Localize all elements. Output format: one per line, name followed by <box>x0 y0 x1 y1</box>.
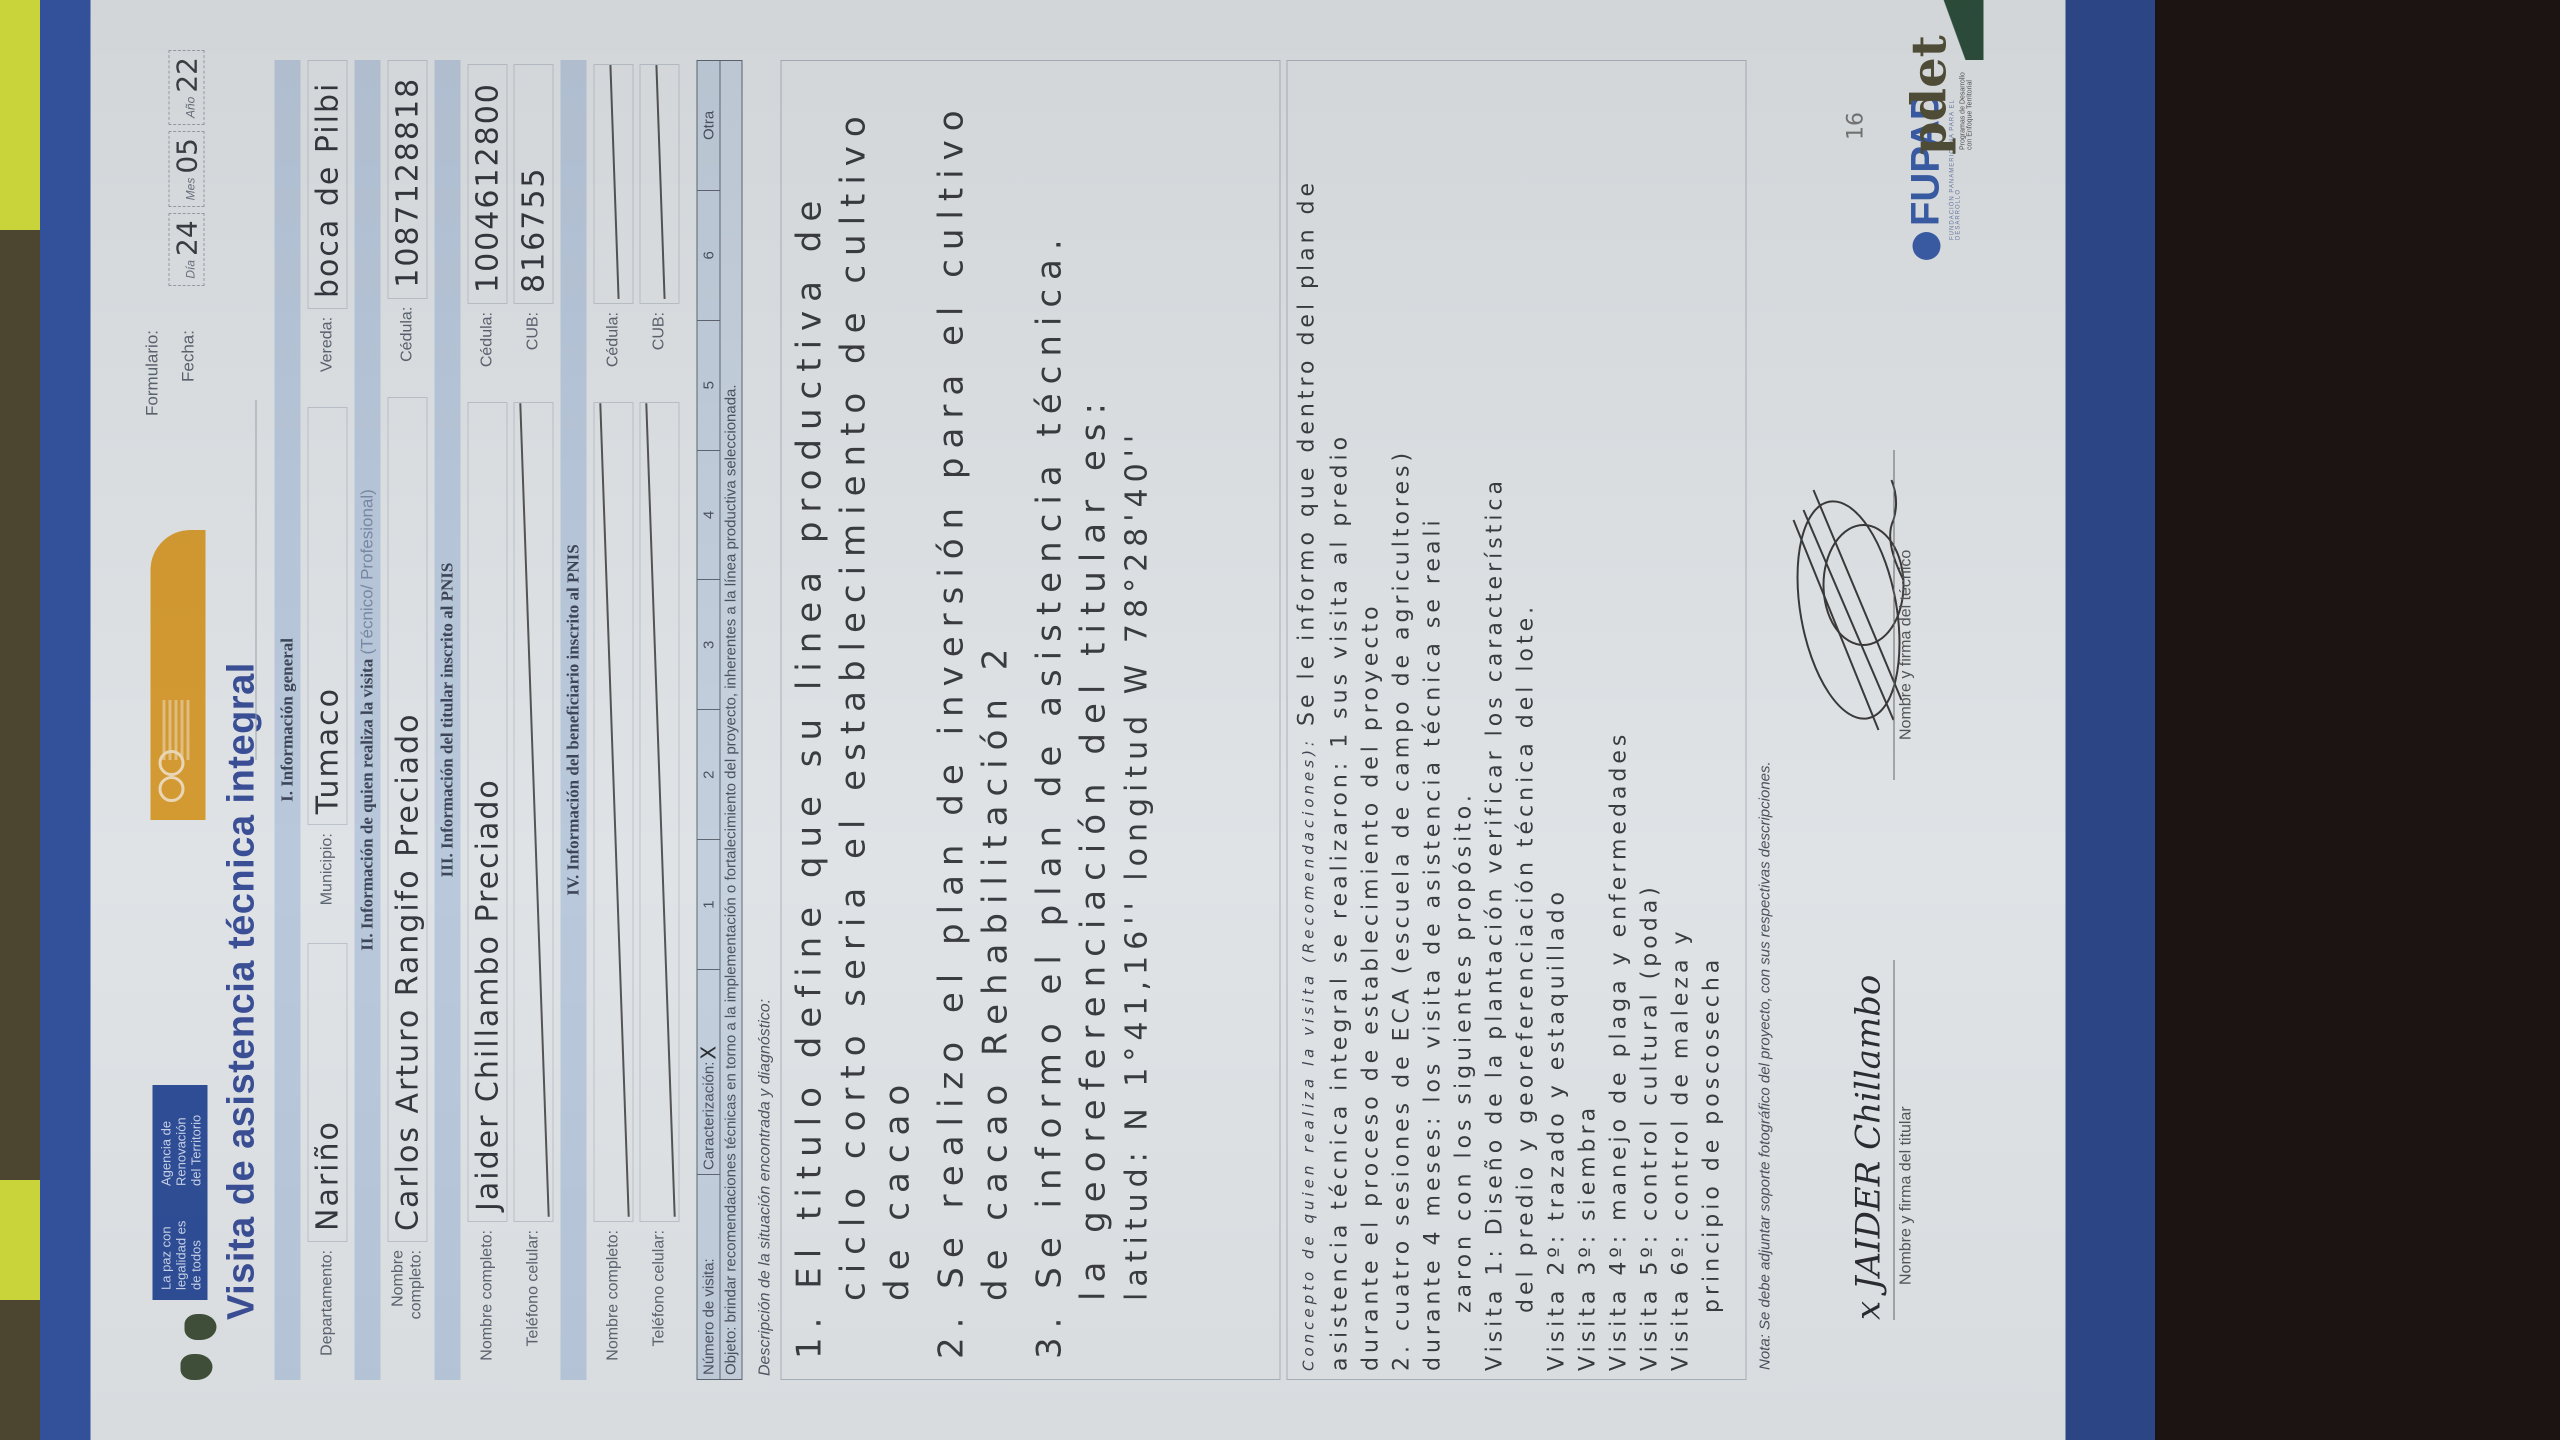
handwritten-line: durante 4 meses: los visita de asistenci… <box>1417 69 1448 1371</box>
visit-number-row: Número de visita: Caracterización:X 1 2 … <box>697 61 720 1379</box>
form-title: Visita de asistencia técnica integral <box>220 662 263 1320</box>
titular-name-field[interactable]: Jaider Chillambo Preciado <box>467 402 507 1222</box>
section-visitor-info-header: II. Información de quien realiza la visi… <box>354 60 380 1380</box>
technician-signature-label: Nombre y firma del técnico <box>1897 550 1915 740</box>
titular-signature-label: Nombre y firma del titular <box>1897 1106 1915 1285</box>
handwritten-line: 2. Se realizo el plan de inversión para … <box>929 81 973 1359</box>
globe-icon <box>1912 232 1940 260</box>
beneficiary-name-row: Nombre completo: Cédula: <box>590 60 636 1380</box>
signature-area: x JAIDER Chillambo Nombre y firma del ti… <box>1773 60 1973 1380</box>
fecha-label: Fecha: <box>178 330 198 382</box>
year-field[interactable]: Año22 <box>168 50 204 125</box>
titular-signature-line[interactable] <box>1893 960 1894 1320</box>
description-title: Descripción de la situación encontrada y… <box>756 60 774 1376</box>
beneficiary-phone-row: Teléfono celular: CUB: <box>636 60 682 1380</box>
description-textarea[interactable]: 1. El titulo define que su linea product… <box>780 60 1280 1380</box>
beneficiary-name-field[interactable] <box>593 402 633 1222</box>
beneficiary-cedula-field[interactable] <box>593 64 633 304</box>
section-titular-info-header: III. Información del titular inscrito al… <box>434 60 460 1380</box>
general-info-row: Departamento: Nariño Municipio: Tumaco V… <box>304 60 350 1380</box>
handwritten-line: de cacao <box>875 81 919 1359</box>
visit-option-5[interactable]: 5 <box>697 320 719 450</box>
georeference-line: latitud: N 1°41,16'' longitud W 78°28'40… <box>1115 81 1159 1359</box>
visit-option-2[interactable]: 2 <box>697 709 719 839</box>
visit-number-table: Número de visita: Caracterización:X 1 2 … <box>696 60 742 1380</box>
beneficiary-cub-field[interactable] <box>639 64 679 304</box>
handwritten-line: ciclo corto seria el establecimiento de … <box>831 81 875 1359</box>
form-photo: La paz con legalidad es de todos Agencia… <box>90 0 2065 1440</box>
handwritten-line: del predio y georeferenciación técnica d… <box>1510 69 1541 1371</box>
decorative-corner <box>1923 0 1983 60</box>
checkmark-x: X <box>696 1046 720 1060</box>
handwritten-line: Concepto de quien realiza la visita (Rec… <box>1291 69 1324 1371</box>
page-number: 16 <box>1843 112 1868 140</box>
handwritten-line: zaron con los siguientes propósito. <box>1448 69 1479 1371</box>
formulario-label: Formulario: <box>142 330 162 416</box>
visit-option-otra[interactable]: Otra <box>697 61 719 190</box>
handwritten-line: Visita 5º: control cultural (poda) <box>1634 69 1665 1371</box>
handwritten-line: 1. El titulo define que su linea product… <box>787 81 831 1359</box>
municipio-field[interactable]: Tumaco <box>307 407 347 825</box>
visitor-cedula-field[interactable]: 1087128818 <box>387 60 427 299</box>
handwritten-line: asistencia técnica integral se realizaro… <box>1324 69 1355 1371</box>
caracterizacion-option[interactable]: Caracterización:X <box>697 969 719 1174</box>
day-field[interactable]: Día24 <box>168 213 204 285</box>
technical-visit-form: La paz con legalidad es de todos Agencia… <box>90 0 2065 1440</box>
handwritten-line: Visita 4º: manejo de plaga y enfermedade… <box>1603 69 1634 1371</box>
colombia-coat-of-arms-icon <box>180 1354 212 1380</box>
visitor-info-row: Nombre completo: Carlos Arturo Rangifo P… <box>384 60 430 1380</box>
background-dark <box>2155 0 2560 1440</box>
titular-phone-field[interactable] <box>513 402 553 1222</box>
handwritten-line: Visita 3º: siembra <box>1572 69 1603 1371</box>
visit-option-4[interactable]: 4 <box>697 450 719 580</box>
handwritten-line: principio de poscosecha <box>1696 69 1727 1371</box>
beneficiary-phone-field[interactable] <box>639 402 679 1222</box>
section-beneficiary-info-header: IV. Información del beneficiario inscrit… <box>560 60 586 1380</box>
handwritten-line: Visita 1: Diseño de la plantación verifi… <box>1479 69 1510 1371</box>
handwritten-line: 3. Se informo el plan de asistencia técn… <box>1027 81 1071 1359</box>
month-field[interactable]: Mes05 <box>168 131 204 207</box>
vereda-field[interactable]: boca de Pilbi <box>307 60 347 309</box>
handwritten-line: Visita 2º: trazado y estaquillado <box>1541 69 1572 1371</box>
date-fields: Día24 Mes05 Año22 <box>168 50 204 286</box>
visit-option-3[interactable]: 3 <box>697 579 719 709</box>
photo-note: Nota: Se debe adjuntar soporte fotográfi… <box>1756 60 1773 1370</box>
divider <box>255 400 256 760</box>
swirl-icon <box>158 776 184 802</box>
visitor-name-field[interactable]: Carlos Arturo Rangifo Preciado <box>387 397 427 1242</box>
background-yellow-object <box>0 1180 40 1300</box>
form-header: La paz con legalidad es de todos Agencia… <box>130 60 270 1380</box>
colombia-coat-of-arms-icon <box>184 1314 216 1340</box>
titular-cub-field[interactable]: 816755 <box>513 64 553 304</box>
government-banner-logo: La paz con legalidad es de todos Agencia… <box>152 1085 207 1300</box>
titular-handwritten-name: x JAIDER Chillambo <box>1848 975 1888 1320</box>
titular-name-row: Nombre completo: Jaider Chillambo Precia… <box>464 60 510 1380</box>
pnis-logo <box>150 530 205 820</box>
handwritten-line: de cacao Rehabilitación 2 <box>973 81 1017 1359</box>
pdet-tagline: Programas de Desarrollo con Enfoque Terr… <box>1959 60 1973 150</box>
visit-option-1[interactable]: 1 <box>697 839 719 969</box>
technician-signature-line[interactable] <box>1893 450 1894 780</box>
handwritten-line: durante el proceso de establecimiento de… <box>1355 69 1386 1371</box>
visit-objective: Objeto: brindar recomendaciones técnicas… <box>720 61 741 1379</box>
handwritten-line: 2. cuatro sesiones de ECA (escuela de ca… <box>1386 69 1417 1371</box>
blue-folder-edge <box>2060 0 2155 1440</box>
concept-title: Concepto de quien realiza la visita (Rec… <box>1299 737 1317 1371</box>
visit-option-6[interactable]: 6 <box>697 190 719 320</box>
titular-cedula-field[interactable]: 1004612800 <box>467 64 507 304</box>
titular-phone-row: Teléfono celular: CUB: 816755 <box>510 60 556 1380</box>
departamento-field[interactable]: Nariño <box>307 943 347 1242</box>
handwritten-line: Visita 6º: control de maleza y <box>1665 69 1696 1371</box>
handwritten-line: la georeferenciación del titular es: <box>1071 81 1115 1359</box>
section-general-info-header: I. Información general <box>274 60 300 1380</box>
concept-textarea[interactable]: Concepto de quien realiza la visita (Rec… <box>1286 60 1746 1380</box>
